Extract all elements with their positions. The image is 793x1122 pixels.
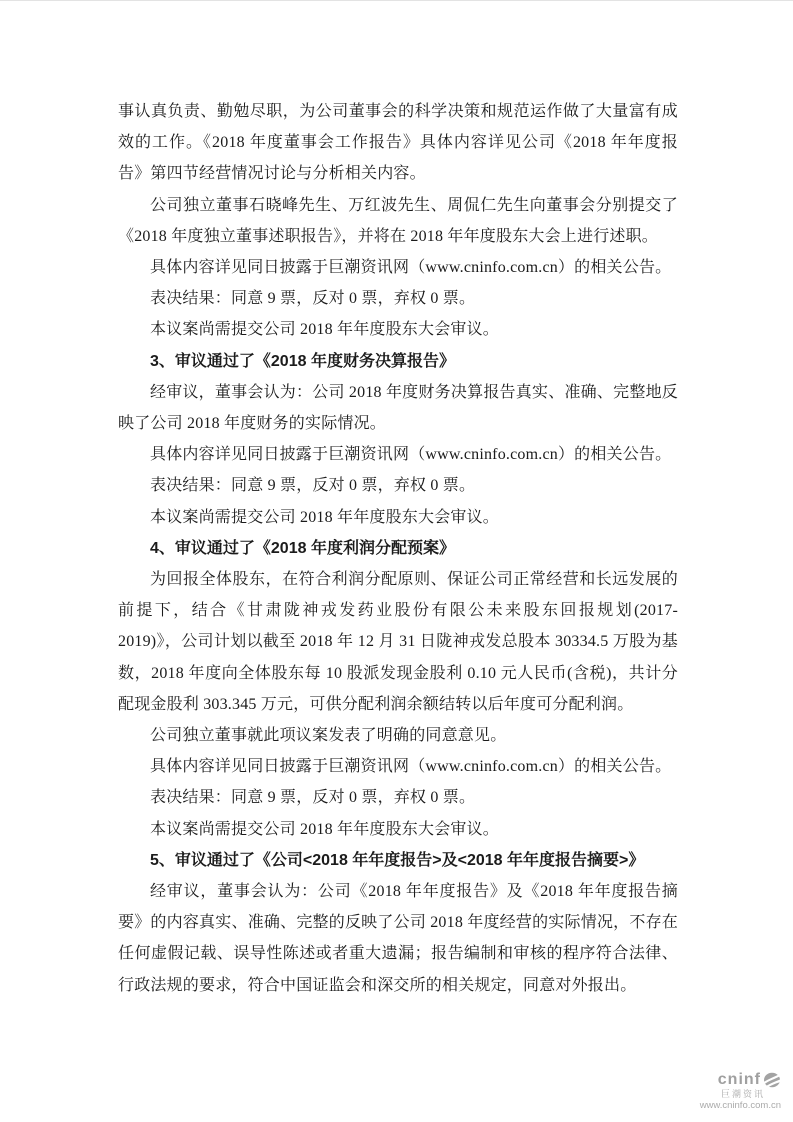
cninfo-logo-row: cninf: [671, 1071, 781, 1089]
paragraph-submit-to-agm: 本议案尚需提交公司 2018 年年度股东大会审议。: [118, 314, 678, 345]
paragraph-disclosure-note: 具体内容详见同日披露于巨潮资讯网（www.cninfo.com.cn）的相关公告…: [118, 252, 678, 283]
paragraph-submit-to-agm: 本议案尚需提交公司 2018 年年度股东大会审议。: [118, 814, 678, 845]
cninfo-logo-chinese-label: 巨潮资讯: [671, 1090, 781, 1100]
section-heading-item-3: 3、审议通过了《2018 年度财务决算报告》: [118, 346, 678, 377]
paragraph-annual-report-review: 经审议，董事会认为：公司《2018 年年度报告》及《2018 年年度报告摘要》的…: [118, 876, 678, 1001]
document-page: 事认真负责、勤勉尽职，为公司董事会的科学决策和规范运作做了大量富有成效的工作。《…: [0, 0, 793, 1122]
paragraph-independent-directors-report: 公司独立董事石晓峰先生、万红波先生、周侃仁先生向董事会分别提交了《2018 年度…: [118, 190, 678, 252]
paragraph-disclosure-note: 具体内容详见同日披露于巨潮资讯网（www.cninfo.com.cn）的相关公告…: [118, 439, 678, 470]
cninfo-logo-url: www.cninfo.com.cn: [671, 1101, 781, 1111]
paragraph-financial-report-review: 经审议，董事会认为：公司 2018 年度财务决算报告真实、准确、完整地反映了公司…: [118, 377, 678, 439]
paragraph-vote-result: 表决结果：同意 9 票，反对 0 票，弃权 0 票。: [118, 283, 678, 314]
cninfo-logo-text: cninf: [718, 1071, 761, 1089]
paragraph-continuation: 事认真负责、勤勉尽职，为公司董事会的科学决策和规范运作做了大量富有成效的工作。《…: [118, 96, 678, 190]
paragraph-vote-result: 表决结果：同意 9 票，反对 0 票，弃权 0 票。: [118, 470, 678, 501]
paragraph-vote-result: 表决结果：同意 9 票，反对 0 票，弃权 0 票。: [118, 782, 678, 813]
paragraph-disclosure-note: 具体内容详见同日披露于巨潮资讯网（www.cninfo.com.cn）的相关公告…: [118, 751, 678, 782]
cninfo-watermark: cninf 巨潮资讯 www.cninfo.com.cn: [671, 1071, 781, 1112]
cninfo-swirl-icon: [763, 1072, 781, 1088]
document-body: 事认真负责、勤勉尽职，为公司董事会的科学决策和规范运作做了大量富有成效的工作。《…: [118, 96, 678, 1001]
paragraph-independent-directors-opinion: 公司独立董事就此项议案发表了明确的同意意见。: [118, 720, 678, 751]
paragraph-submit-to-agm: 本议案尚需提交公司 2018 年年度股东大会审议。: [118, 502, 678, 533]
paragraph-profit-distribution-plan: 为回报全体股东，在符合利润分配原则、保证公司正常经营和长远发展的前提下，结合《甘…: [118, 564, 678, 720]
section-heading-item-4: 4、审议通过了《2018 年度利润分配预案》: [118, 533, 678, 564]
section-heading-item-5: 5、审议通过了《公司<2018 年年度报告>及<2018 年年度报告摘要>》: [118, 845, 678, 876]
